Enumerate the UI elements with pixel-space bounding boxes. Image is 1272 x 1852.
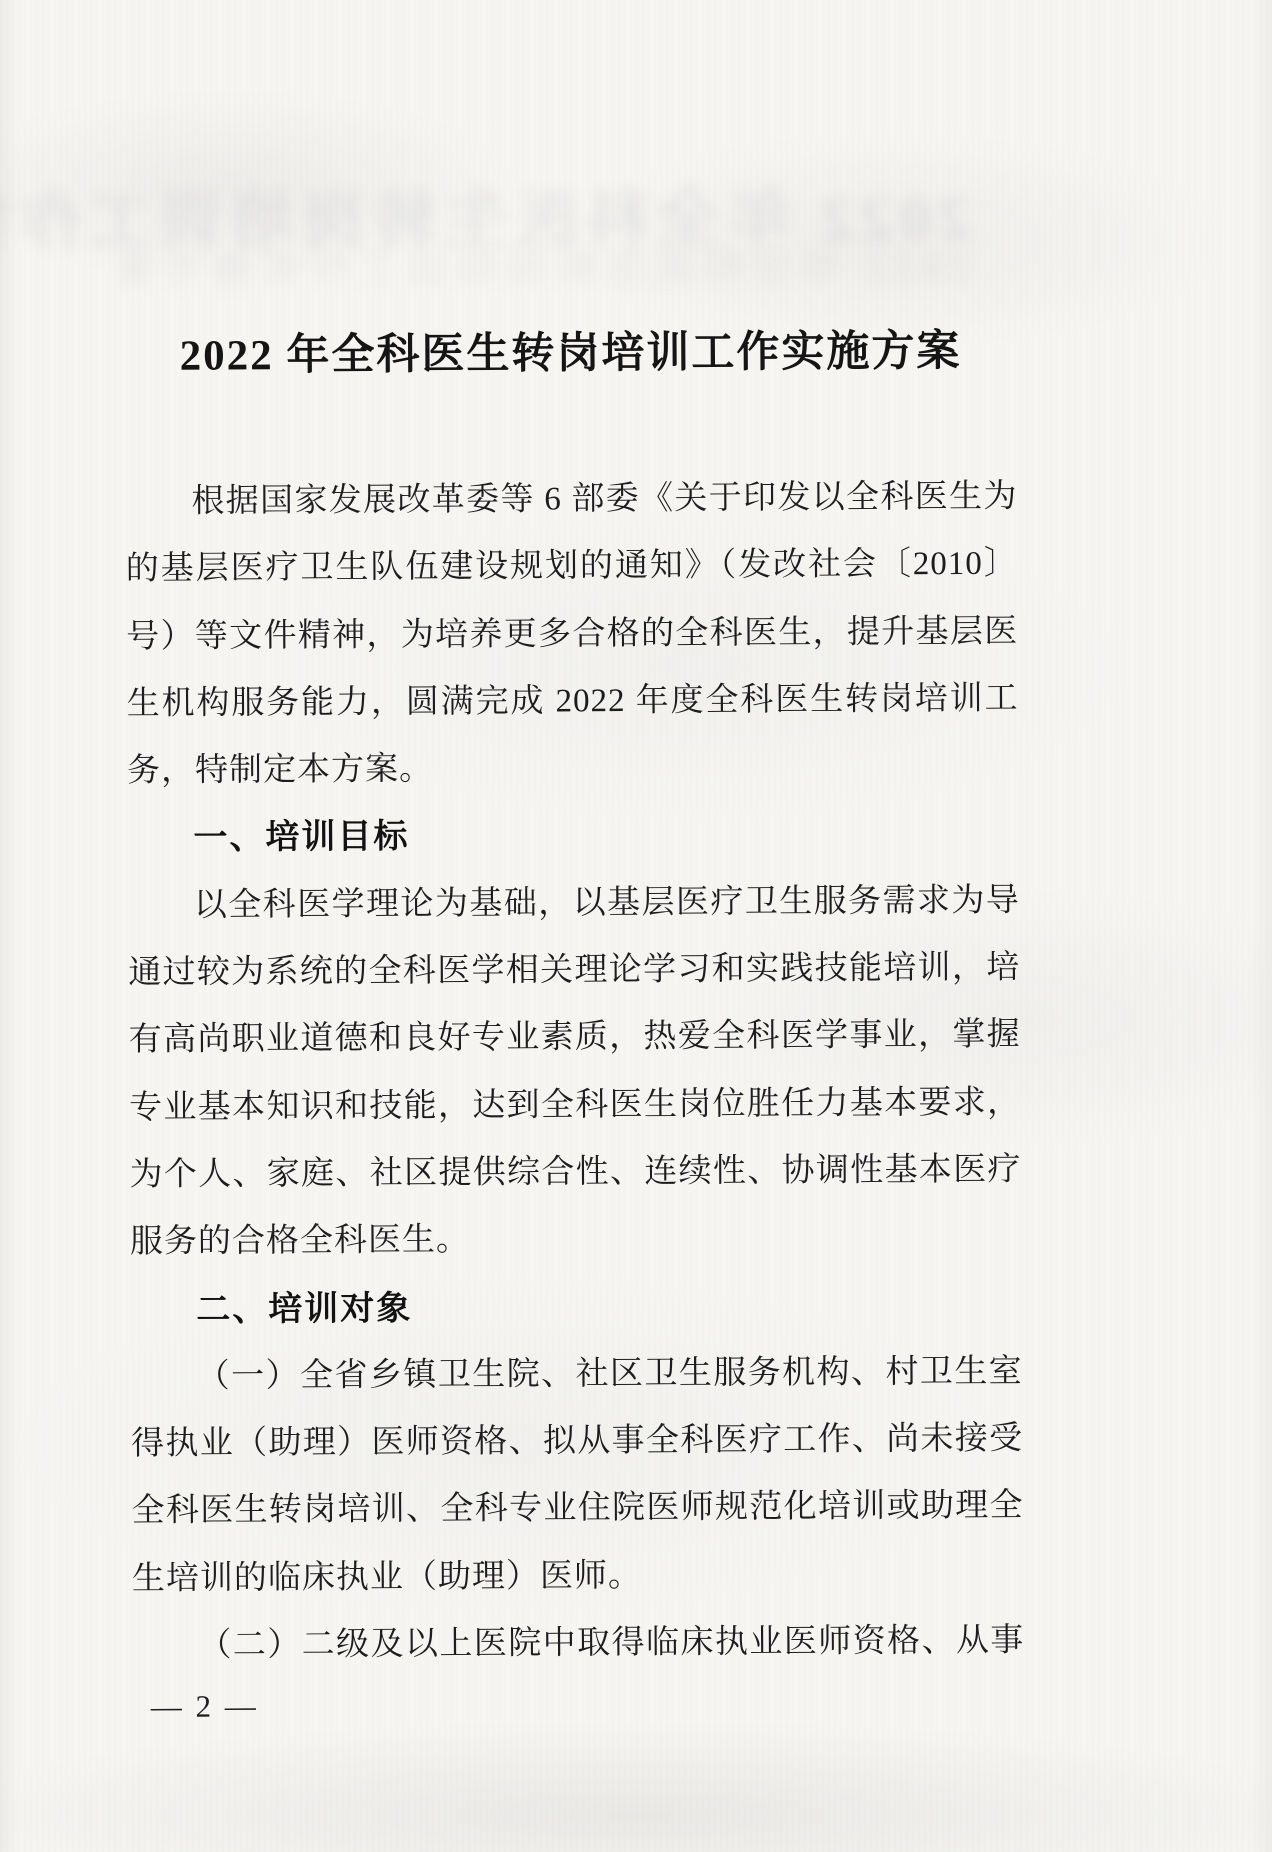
paragraph-line: 务，特制定本方案。 [127,733,1019,806]
paragraph-line: （二）二级及以上医院中取得临床执业医师资格、从事临床 [132,1608,1024,1681]
paragraph-line: 得执业（助理）医师资格、拟从事全科医疗工作、尚未接受过 [131,1406,1023,1479]
document-body: 根据国家发展改革委等 6 部委《关于印发以全科医生为重点 的基层医疗卫生队伍建设… [125,464,1024,1681]
page-number: — 2 — [151,1688,259,1725]
paragraph-line: 服务的合格全科医生。 [130,1204,1022,1277]
paragraph-line: 全科医生转岗培训、全科专业住院医师规范化培训或助理全科医 [131,1473,1023,1546]
paragraph-line: 根据国家发展改革委等 6 部委《关于印发以全科医生为重点 [125,464,1017,537]
paragraph-line: （一）全省乡镇卫生院、社区卫生服务机构、村卫生室已取 [131,1339,1023,1412]
paragraph-line: 通过较为系统的全科医学相关理论学习和实践技能培训，培养具 [128,935,1020,1008]
paragraph-line: 有高尚职业道德和良好专业素质，热爱全科医学事业，掌握全科 [128,1002,1020,1075]
section-heading-training-goal: 一、培训目标 [127,800,1019,873]
paragraph-line: 号）等文件精神，为培养更多合格的全科医生，提升基层医疗卫 [126,598,1018,671]
paragraph-line: 以全科医学理论为基础，以基层医疗卫生服务需求为导向， [128,867,1020,940]
bleedthrough-ghost-text: 2022 年全科医生转岗培训工作实施方案 [111,234,971,299]
scanned-document-page: 2022 年全科医生转岗培训工作实施方案 2022 年全科医生转岗培训工作实施方… [0,0,1272,1852]
paragraph-line: 生机构服务能力，圆满完成 2022 年度全科医生转岗培训工作任 [126,666,1018,739]
paragraph-line: 的基层医疗卫生队伍建设规划的通知》（发改社会〔2010〕561 [126,531,1018,604]
paragraph-line: 生培训的临床执业（助理）医师。 [132,1540,1024,1613]
document-title: 2022 年全科医生转岗培训工作实施方案 [124,316,1016,382]
section-heading-training-targets: 二、培训对象 [130,1271,1022,1344]
document-sheet: 2022 年全科医生转岗培训工作实施方案 2022 年全科医生转岗培训工作实施方… [0,0,1272,1852]
paragraph-line: 为个人、家庭、社区提供综合性、连续性、协调性基本医疗卫生 [129,1137,1021,1210]
paragraph-line: 专业基本知识和技能，达到全科医生岗位胜任力基本要求，能够 [129,1069,1021,1142]
